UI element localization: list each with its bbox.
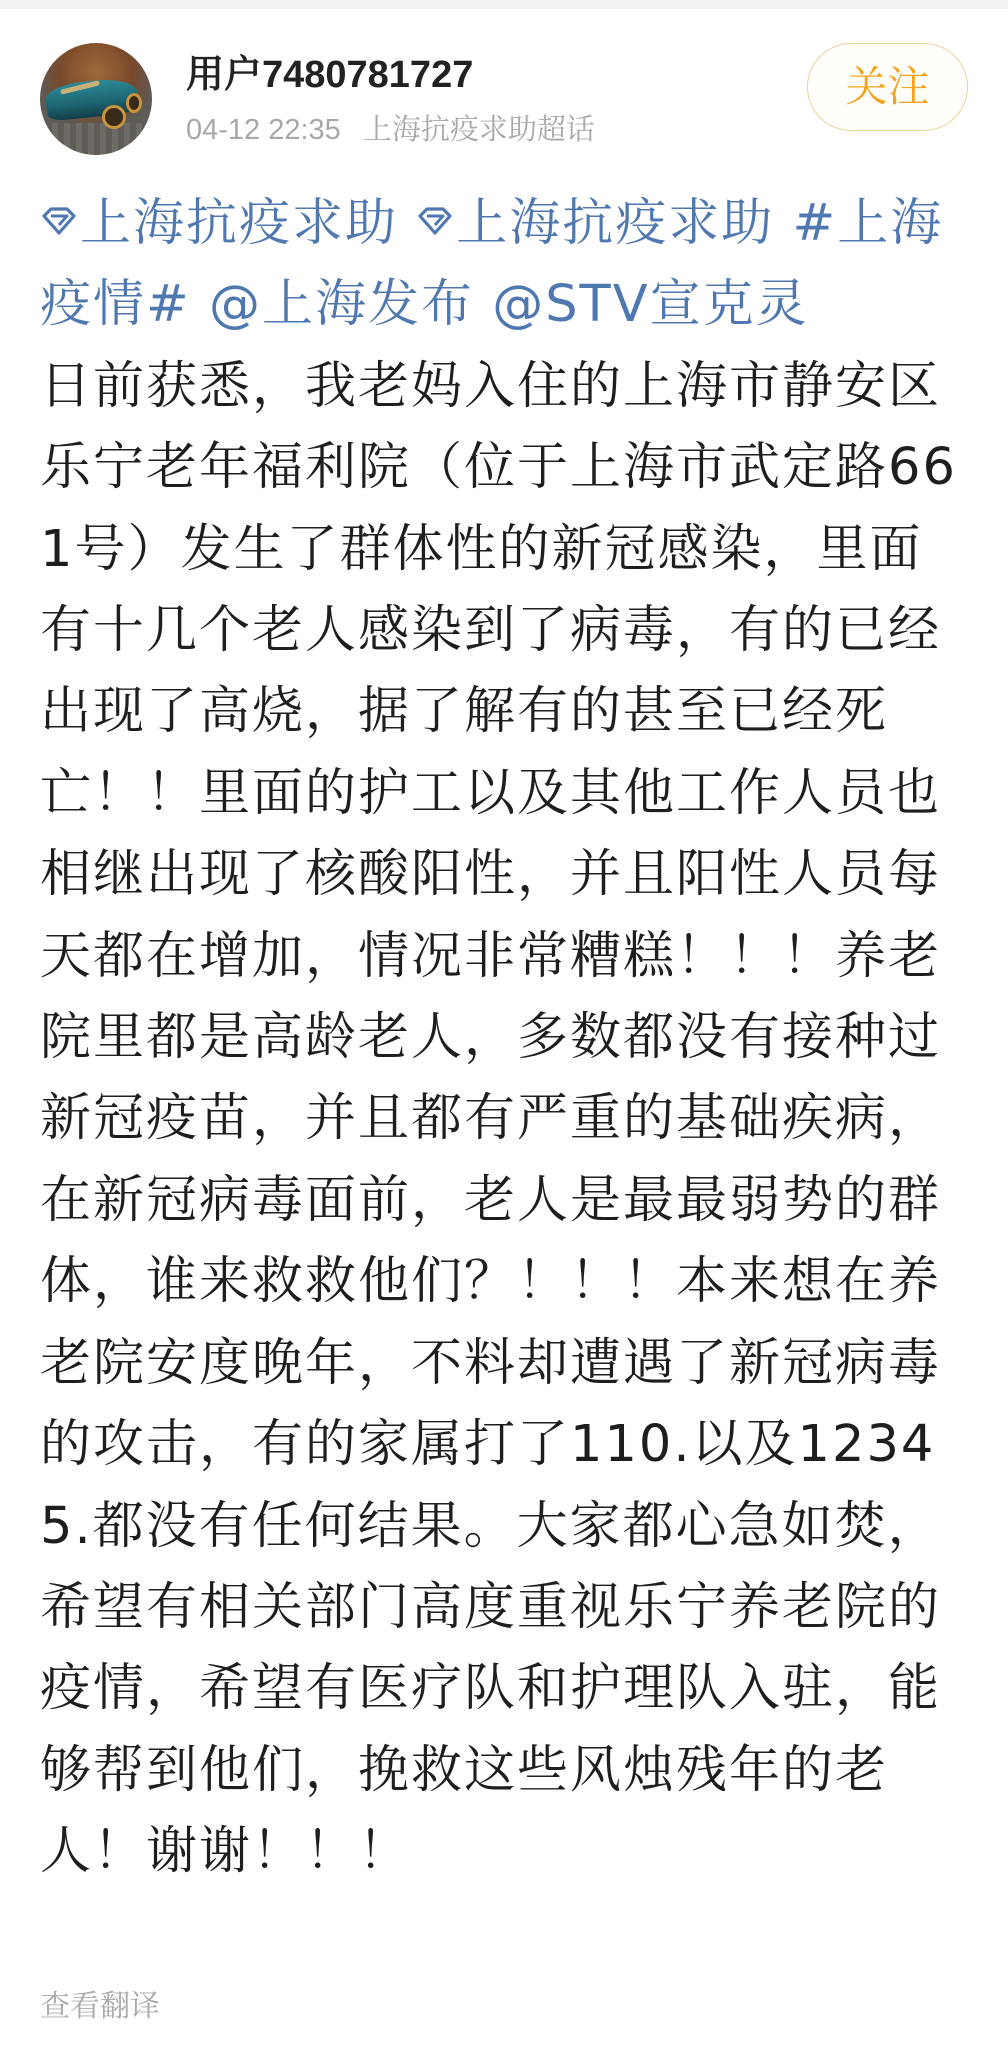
post-meta: 04-12 22:35上海抗疫求助超话 xyxy=(186,111,595,149)
avatar-ground xyxy=(40,123,152,155)
mention-link[interactable]: @STV宣克灵 xyxy=(492,275,808,334)
avatar-wheel xyxy=(102,105,126,129)
avatar[interactable] xyxy=(40,43,152,155)
supertopic-link[interactable]: 上海抗疫求助 xyxy=(40,194,398,253)
post-time: 04-12 22:35 xyxy=(186,114,341,146)
post-content: 上海抗疫求助 上海抗疫求助 #上海疫情# @上海发布 @STV宣克灵日前获悉，我… xyxy=(40,183,970,1893)
diamond-icon xyxy=(416,206,454,236)
translate-link[interactable]: 查看翻译 xyxy=(40,1988,160,2026)
top-divider-strip xyxy=(0,0,1008,9)
supertopic-link[interactable]: 上海抗疫求助 xyxy=(416,194,774,253)
follow-button-label: 关注 xyxy=(845,66,929,108)
username[interactable]: 用户7480781727 xyxy=(186,52,473,98)
mention-link[interactable]: @上海发布 xyxy=(209,275,474,334)
avatar-wheel xyxy=(126,93,142,113)
post-body-text: 日前获悉，我老妈入住的上海市静安区乐宁老年福利院（位于上海市武定路661号）发生… xyxy=(40,357,957,1881)
follow-button[interactable]: 关注 xyxy=(807,43,968,131)
diamond-icon xyxy=(40,206,78,236)
post-source-supertopic[interactable]: 上海抗疫求助超话 xyxy=(363,114,595,146)
